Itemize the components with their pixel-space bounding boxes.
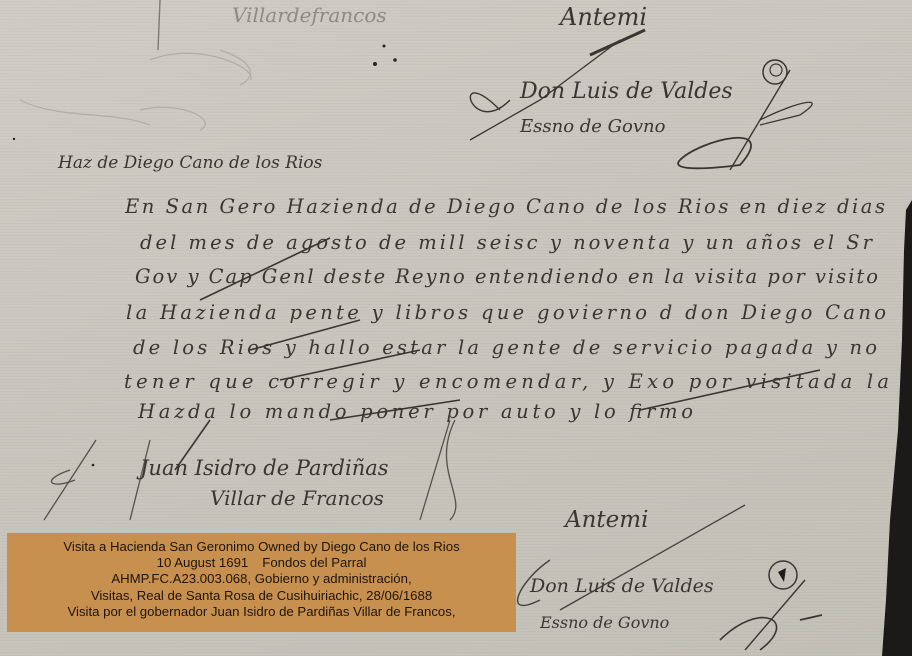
svg-text:del mes de agosto de mill seis: del mes de agosto de mill seisc y novent… bbox=[140, 231, 874, 254]
caption-box: Visita a Hacienda San Geronimo Owned by … bbox=[7, 533, 516, 632]
svg-text:Hazda lo mando poner por auto: Hazda lo mando poner por auto y lo firmo bbox=[137, 400, 693, 423]
top-fragment-text: Villardefrancos bbox=[232, 3, 387, 27]
footer-signature-name: Don Luis de Valdes bbox=[529, 575, 714, 597]
caption-source: Fondos del Parral bbox=[262, 555, 366, 570]
document-heading: Haz de Diego Cano de los Rios bbox=[57, 153, 323, 173]
caption-date: 10 August 1691 bbox=[157, 555, 249, 570]
top-signature-sub: Essno de Govno bbox=[519, 116, 666, 137]
svg-text:tener que corregir y encomenda: tener que corregir y encomendar, y Exo p… bbox=[124, 370, 889, 393]
svg-text:la Hazienda pente y libros que: la Hazienda pente y libros que govierno … bbox=[126, 301, 886, 324]
governor-signature-sub: Villar de Francos bbox=[210, 486, 384, 510]
top-signature-name: Don Luis de Valdes bbox=[519, 79, 733, 104]
caption-date-source: 10 August 1691Fondos del Parral bbox=[7, 555, 516, 571]
svg-text:Gov y Cap Genl deste Reyno ent: Gov y Cap Genl deste Reyno entendiendo e… bbox=[135, 265, 878, 288]
governor-signature-name: Juan Isidro de Pardiñas bbox=[136, 456, 389, 480]
caption-location: Visitas, Real de Santa Rosa de Cusihuiri… bbox=[7, 588, 516, 604]
footer-signature-sub: Essno de Govno bbox=[539, 613, 669, 632]
caption-visitor: Visita por el gobernador Juan Isidro de … bbox=[7, 604, 516, 620]
svg-text:de los Rios y hallo estar la g: de los Rios y hallo estar la gente de se… bbox=[133, 336, 877, 359]
caption-title: Visita a Hacienda San Geronimo Owned by … bbox=[7, 539, 516, 555]
manuscript-body: En San Gero Hazienda de Diego Cano de lo… bbox=[124, 195, 889, 423]
header-signature: Antemi bbox=[558, 3, 647, 31]
caption-reference: AHMP.FC.A23.003.068, Gobierno y administ… bbox=[7, 571, 516, 587]
footer-signature: Antemi bbox=[563, 507, 648, 533]
manuscript-page: Villardefrancos Antemi Don Luis de Valde… bbox=[0, 0, 912, 656]
svg-text:En San Gero Hazienda de Diego: En San Gero Hazienda de Diego Cano de lo… bbox=[124, 195, 885, 218]
